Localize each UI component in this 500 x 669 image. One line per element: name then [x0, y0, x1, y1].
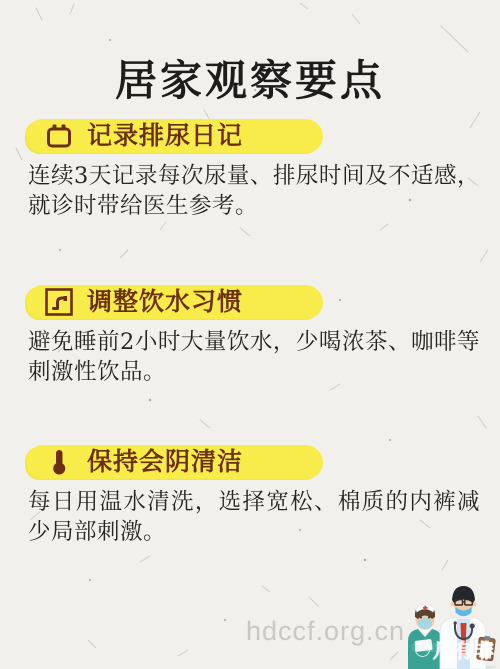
faucet-icon — [44, 287, 74, 317]
highlight-band: 调整饮水习惯 — [27, 285, 323, 319]
creator-watermark-text: 凡有非 — [433, 636, 496, 663]
section-keep-perineum-clean: 保持会阴清洁 每日用温水清洗，选择宽松、棉质的内裤减少局部刺激。 — [27, 445, 487, 547]
highlight-band: 保持会阴清洁 — [27, 445, 323, 479]
section-record-urination-diary: 记录排尿日记 连续3天记录每次尿量、排尿时间及不适感，就诊时带给医生参考。 — [27, 119, 487, 221]
poster: 居家观察要点 记录排尿日记 连续3天记录每次尿量、排尿时间及不适感，就诊时带给医… — [0, 0, 500, 669]
highlight-band: 记录排尿日记 — [27, 119, 323, 153]
page-title: 居家观察要点 — [0, 48, 500, 108]
section-heading: 调整饮水习惯 — [87, 289, 243, 316]
thermometer-icon — [44, 447, 74, 477]
section-body: 连续3天记录每次尿量、排尿时间及不适感，就诊时带给医生参考。 — [28, 161, 480, 221]
section-body: 避免睡前2小时大量饮水，少喝浓茶、咖啡等刺激性饮品。 — [28, 327, 480, 387]
section-heading: 记录排尿日记 — [87, 123, 243, 150]
calendar-icon — [44, 121, 74, 151]
site-watermark: hdccf.org.cn — [246, 616, 405, 647]
section-body: 每日用温水清洗，选择宽松、棉质的内裤减少局部刺激。 — [28, 487, 480, 547]
section-adjust-drinking-habits: 调整饮水习惯 避免睡前2小时大量饮水，少喝浓茶、咖啡等刺激性饮品。 — [27, 285, 487, 387]
watermark-badge-icon — [415, 642, 430, 657]
section-heading: 保持会阴清洁 — [87, 449, 243, 476]
creator-watermark: 凡有非 — [415, 636, 496, 663]
